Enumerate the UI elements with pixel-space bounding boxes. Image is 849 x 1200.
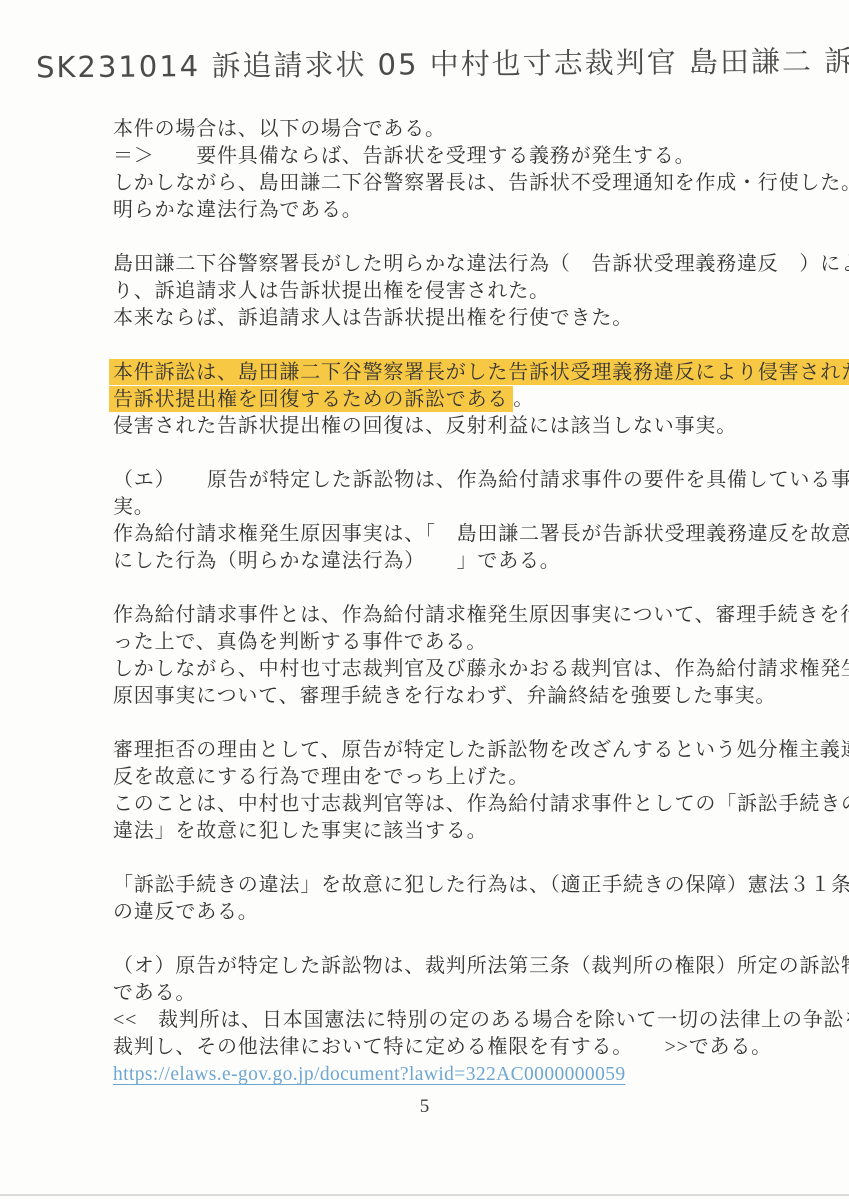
body-text: にした行為（明らかな違法行為） 」である。 bbox=[113, 550, 561, 572]
body-text: 作為給付請求事件とは、作為給付請求権発生原因事実について、審理手続きを行 bbox=[113, 604, 849, 626]
body-text: 実。 bbox=[113, 496, 155, 518]
body-text: 本来ならば、訴追請求人は告訴状提出権を行使できた。 bbox=[113, 307, 633, 329]
paragraph: 本件の場合は、以下の場合である。＝＞ 要件具備ならば、告訴状を受理する義務が発生… bbox=[113, 116, 823, 224]
text-line: 侵害された告訴状提出権の回復は、反射利益には該当しない事実。 bbox=[113, 413, 823, 440]
body-text: り、訴追請求人は告訴状提出権を侵害された。 bbox=[113, 280, 550, 302]
body-text: である。 bbox=[113, 982, 196, 1004]
paragraph: 作為給付請求事件とは、作為給付請求権発生原因事実について、審理手続きを行った上で… bbox=[113, 602, 823, 710]
body-text: しかしながら、中村也寸志裁判官及び藤永かおる裁判官は、作為給付請求権発生 bbox=[113, 658, 849, 680]
body-text: 反を故意にする行為で理由をでっち上げた。 bbox=[113, 766, 529, 788]
body-text: （オ）原告が特定した訴訟物は、裁判所法第三条（裁判所の権限）所定の訴訟物 bbox=[113, 955, 849, 977]
text-line: ＝＞ 要件具備ならば、告訴状を受理する義務が発生する。 bbox=[113, 143, 823, 170]
text-line: である。 bbox=[113, 980, 823, 1007]
text-line: 本来ならば、訴追請求人は告訴状提出権を行使できた。 bbox=[113, 305, 823, 332]
body-text: 審理拒否の理由として、原告が特定した訴訟物を改ざんするという処分権主義違 bbox=[113, 739, 849, 761]
body-text: 作為給付請求権発生原因事実は、「 島田謙二署長が告訴状受理義務違反を故意 bbox=[113, 523, 849, 545]
text-line: 告訴状提出権を回復するための訴訟である。 bbox=[113, 386, 823, 413]
paragraph: 審理拒否の理由として、原告が特定した訴訟物を改ざんするという処分権主義違反を故意… bbox=[113, 737, 823, 845]
paragraph: 本件訴訟は、島田謙二下谷警察署長がした告訴状受理義務違反により侵害された告訴状提… bbox=[113, 359, 823, 440]
document-body: 本件の場合は、以下の場合である。＝＞ 要件具備ならば、告訴状を受理する義務が発生… bbox=[113, 116, 823, 1115]
body-text: 違法」を故意に犯した事実に該当する。 bbox=[113, 820, 487, 842]
text-line: 作為給付請求事件とは、作為給付請求権発生原因事実について、審理手続きを行 bbox=[113, 602, 823, 629]
text-line: 審理拒否の理由として、原告が特定した訴訟物を改ざんするという処分権主義違 bbox=[113, 737, 823, 764]
paragraph: 島田謙二下谷警察署長がした明らかな違法行為（ 告訴状受理義務違反 ）により、訴追… bbox=[113, 251, 823, 332]
handwritten-title: SK231014 訴追請求状 05 中村也寸志裁判官 島田謙二 訴訟 bbox=[36, 39, 849, 87]
text-line: 「訴訟手続きの違法」を故意に犯した行為は、（適正手続きの保障）憲法３１条 bbox=[113, 872, 823, 899]
paragraph: （オ）原告が特定した訴訟物は、裁判所法第三条（裁判所の権限）所定の訴訟物である。… bbox=[113, 953, 823, 1088]
body-text: 「訴訟手続きの違法」を故意に犯した行為は、（適正手続きの保障）憲法３１条 bbox=[113, 874, 849, 896]
paragraph: 「訴訟手続きの違法」を故意に犯した行為は、（適正手続きの保障）憲法３１条の違反で… bbox=[113, 872, 823, 926]
body-text: った上で、真偽を判断する事件である。 bbox=[113, 631, 487, 653]
body-text: ＝＞ 要件具備ならば、告訴状を受理する義務が発生する。 bbox=[113, 145, 695, 167]
paragraph: （エ） 原告が特定した訴訟物は、作為給付請求事件の要件を具備している事実。作為給… bbox=[113, 467, 823, 575]
body-text: の違反である。 bbox=[113, 901, 259, 923]
text-line: り、訴追請求人は告訴状提出権を侵害された。 bbox=[113, 278, 823, 305]
highlighted-text: 本件訴訟は、島田謙二下谷警察署長がした告訴状受理義務違反により侵害された bbox=[109, 359, 849, 385]
text-line: しかしながら、中村也寸志裁判官及び藤永かおる裁判官は、作為給付請求権発生 bbox=[113, 656, 823, 683]
text-line: （エ） 原告が特定した訴訟物は、作為給付請求事件の要件を具備している事 bbox=[113, 467, 823, 494]
text-line: った上で、真偽を判断する事件である。 bbox=[113, 629, 823, 656]
text-line: このことは、中村也寸志裁判官等は、作為給付請求事件としての「訴訟手続きの bbox=[113, 791, 823, 818]
text-line: 裁判し、その他法律において特に定める権限を有する。 >>である。 bbox=[113, 1034, 823, 1061]
text-line: 実。 bbox=[113, 494, 823, 521]
text-line: 本件の場合は、以下の場合である。 bbox=[113, 116, 823, 143]
text-line: 作為給付請求権発生原因事実は、「 島田謙二署長が告訴状受理義務違反を故意 bbox=[113, 521, 823, 548]
scanned-document-page: SK231014 訴追請求状 05 中村也寸志裁判官 島田謙二 訴訟 本件の場合… bbox=[0, 0, 849, 1200]
body-text: 侵害された告訴状提出権の回復は、反射利益には該当しない事実。 bbox=[113, 415, 737, 437]
scanner-edge-shadow bbox=[0, 1194, 849, 1196]
text-line: の違反である。 bbox=[113, 899, 823, 926]
text-line: しかしながら、島田謙二下谷警察署長は、告訴状不受理通知を作成・行使した。 bbox=[113, 170, 823, 197]
highlighted-text: 告訴状提出権を回復するための訴訟である bbox=[109, 386, 513, 412]
body-text: << 裁判所は、日本国憲法に特別の定のある場合を除いて一切の法律上の争訟を bbox=[113, 1009, 849, 1031]
text-line: 島田謙二下谷警察署長がした明らかな違法行為（ 告訴状受理義務違反 ）によ bbox=[113, 251, 823, 278]
body-text: 島田謙二下谷警察署長がした明らかな違法行為（ 告訴状受理義務違反 ）によ bbox=[113, 253, 849, 275]
body-text: 。 bbox=[513, 388, 534, 410]
text-line: （オ）原告が特定した訴訟物は、裁判所法第三条（裁判所の権限）所定の訴訟物 bbox=[113, 953, 823, 980]
body-text: 明らかな違法行為である。 bbox=[113, 199, 363, 221]
text-line: にした行為（明らかな違法行為） 」である。 bbox=[113, 548, 823, 575]
body-text: このことは、中村也寸志裁判官等は、作為給付請求事件としての「訴訟手続きの bbox=[113, 793, 849, 815]
body-text: 原因事実について、審理手続きを行なわず、弁論終結を強要した事実。 bbox=[113, 685, 776, 707]
text-line: 明らかな違法行為である。 bbox=[113, 197, 823, 224]
body-text: 裁判し、その他法律において特に定める権限を有する。 >>である。 bbox=[113, 1036, 772, 1058]
text-line: 原因事実について、審理手続きを行なわず、弁論終結を強要した事実。 bbox=[113, 683, 823, 710]
text-line: https://elaws.e-gov.go.jp/document?lawid… bbox=[113, 1061, 823, 1088]
elaws-law-link[interactable]: https://elaws.e-gov.go.jp/document?lawid… bbox=[113, 1064, 626, 1085]
body-text: 本件の場合は、以下の場合である。 bbox=[113, 118, 446, 140]
text-line: << 裁判所は、日本国憲法に特別の定のある場合を除いて一切の法律上の争訟を bbox=[113, 1007, 823, 1034]
text-line: 違法」を故意に犯した事実に該当する。 bbox=[113, 818, 823, 845]
body-text: （エ） 原告が特定した訴訟物は、作為給付請求事件の要件を具備している事 bbox=[113, 469, 849, 491]
text-line: 本件訴訟は、島田謙二下谷警察署長がした告訴状受理義務違反により侵害された bbox=[113, 359, 823, 386]
page-number: 5 bbox=[0, 1096, 849, 1118]
text-line: 反を故意にする行為で理由をでっち上げた。 bbox=[113, 764, 823, 791]
body-text: しかしながら、島田謙二下谷警察署長は、告訴状不受理通知を作成・行使した。 bbox=[113, 172, 849, 194]
